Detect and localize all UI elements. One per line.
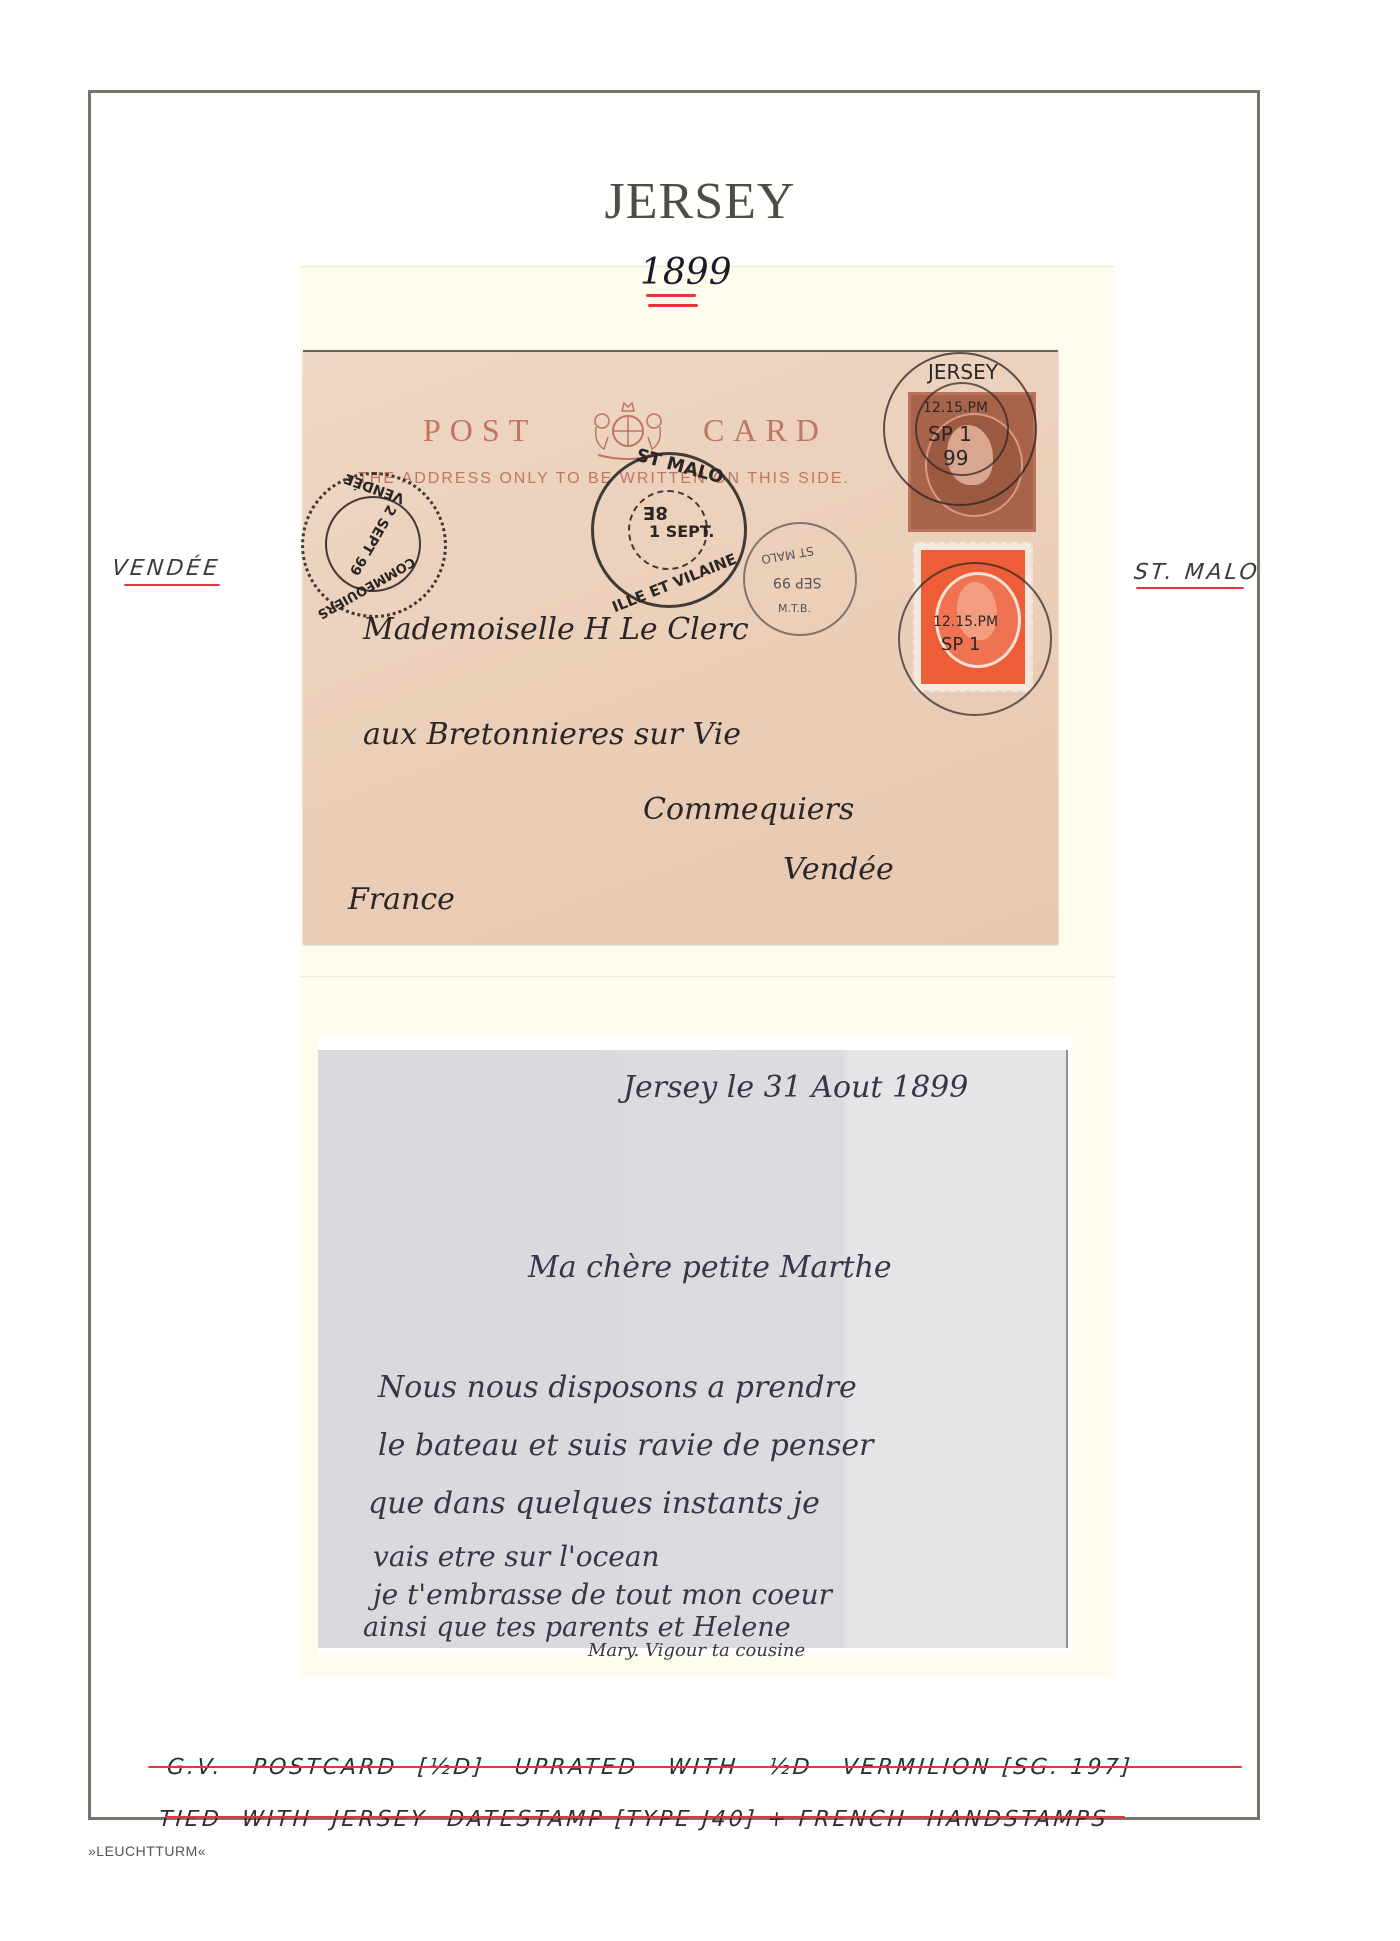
caption-line-1: G.V. POSTCARD [½D] UPRATED WITH ½D VERMI… [146, 1730, 1135, 1780]
postcard-heading-post: POST [423, 412, 537, 449]
letter-dateline: Jersey le 31 Aout 1899 [623, 1070, 968, 1105]
letter-body-line-4: vais etre sur l'ocean [373, 1540, 660, 1573]
st-malo-postmark-code: 8E [643, 502, 668, 523]
letter-photocopy: Jersey le 31 Aout 1899 Ma chère petite M… [318, 1036, 1073, 1654]
year-underline-1 [646, 294, 696, 297]
st-malo-small-suffix: M.T.B. [778, 602, 811, 615]
st-malo-postmark-date: 1 SEPT. [649, 522, 714, 541]
side-label-left: VENDÉE [111, 556, 222, 581]
side-label-right: ST. MALO [1133, 560, 1261, 585]
address-line-3: Commequiers [643, 792, 854, 827]
caption-line-2: TIED WITH JERSEY DATESTAMP [TYPE J40] + … [138, 1782, 1111, 1832]
jersey-postmark-bottom-time: 12.15.PM [933, 614, 998, 630]
caption-word: JERSEY [331, 1807, 428, 1832]
postcard: POST CARD THE ADDRESS ONLY TO BE WRITTEN… [303, 350, 1058, 944]
side-label-left-underline [124, 584, 220, 586]
caption-word: WITH [241, 1807, 313, 1832]
letter-salutation: Ma chère petite Marthe [528, 1250, 892, 1285]
caption-word: [TYPE [614, 1807, 693, 1832]
page-year: 1899 [640, 252, 730, 293]
st-malo-small-date: SEP 99 [773, 574, 821, 590]
jersey-postmark-bottom-date: SP 1 [941, 634, 980, 655]
caption-word: FRENCH [798, 1807, 908, 1832]
address-line-2: aux Bretonnieres sur Vie [363, 717, 741, 752]
caption-word: HANDSTAMPS [926, 1807, 1109, 1832]
letter-body-line-3: que dans quelques instants je [368, 1486, 820, 1521]
caption-line-2-underline [165, 1816, 1125, 1818]
side-label-right-underline [1136, 587, 1244, 589]
jersey-postmark-top-date: SP 1 [928, 422, 972, 446]
year-underline-2 [648, 304, 698, 307]
letter-signature: Mary. Vigour ta cousine [588, 1640, 805, 1661]
jersey-postmark-top-town: JERSEY [928, 360, 998, 384]
jersey-postmark-top-year: 99 [943, 446, 968, 470]
caption-line-1-underline [148, 1766, 1242, 1768]
caption-word: + [766, 1807, 789, 1832]
letter-body-line-5: je t'embrasse de tout mon coeur [373, 1578, 832, 1611]
address-line-1: Mademoiselle H Le Clerc [363, 612, 749, 647]
letter-body-line-1: Nous nous disposons a prendre [378, 1370, 857, 1405]
brand-footer: »LEUCHTTURM« [88, 1843, 206, 1859]
postcard-heading-card: CARD [703, 412, 828, 449]
caption-word: J40] [701, 1807, 758, 1832]
address-line-4: Vendée [783, 852, 894, 887]
caption-word: TIED [158, 1807, 223, 1832]
letter-body-line-6: ainsi que tes parents et Helene [363, 1612, 791, 1643]
jersey-postmark-top-time: 12.15.PM [923, 400, 988, 416]
letter-body-line-2: le bateau et suis ravie de penser [378, 1428, 873, 1463]
caption-word: DATESTAMP [446, 1807, 605, 1832]
letter-sheet: Jersey le 31 Aout 1899 Ma chère petite M… [318, 1050, 1068, 1648]
page-title: JERSEY [0, 172, 1400, 231]
address-line-5: France [348, 882, 455, 917]
